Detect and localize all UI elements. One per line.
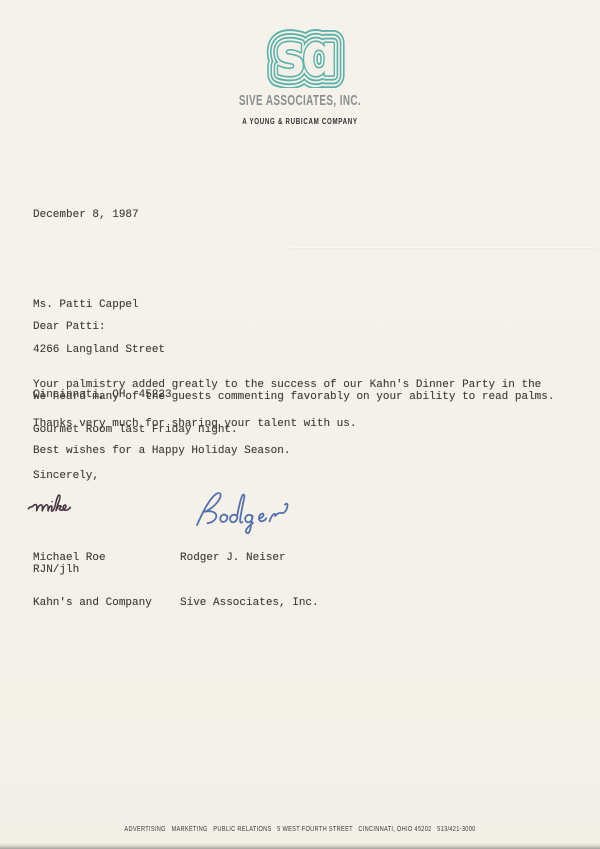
paragraph-2: We heard many of the guests commenting f… [33, 390, 555, 405]
paragraph-4: Best wishes for a Happy Holiday Season. [33, 444, 290, 459]
sive-associates-logo-icon: sɑ sɑ sɑ sɑ sɑ sɑ sɑ sɑ [257, 22, 353, 88]
letter-date: December 8, 1987 [33, 208, 139, 223]
company-kahns: Kahn's and Company [33, 596, 180, 611]
closing: Sincerely, [33, 469, 99, 484]
footer-services-address: ADVERTISING MARKETING PUBLIC RELATIONS 5… [57, 825, 543, 835]
signature-left: Michael Roe Kahn's and Company [33, 521, 180, 641]
typed-name-rodger-neiser: Rodger J. Neiser [180, 551, 380, 566]
company-sive: Sive Associates, Inc. [180, 596, 380, 611]
paper-crease [290, 247, 596, 248]
salutation: Dear Patti: [33, 320, 106, 335]
signature-right: Rodger J. Neiser Sive Associates, Inc. [180, 521, 380, 641]
recipient-name: Ms. Patti Cappel [33, 298, 172, 313]
signature-block: Michael Roe Kahn's and Company Rodger J.… [33, 521, 380, 641]
company-name: SIVE ASSOCIATES, INC. [102, 92, 498, 109]
company-tagline: A YOUNG & RUBICAM COMPANY [69, 117, 531, 126]
reference-initials: RJN/jlh [33, 563, 79, 578]
michael-roe-signature [27, 491, 91, 518]
svg-text:sɑ: sɑ [275, 22, 335, 88]
paragraph-3: Thanks very much for sharing your talent… [33, 417, 356, 432]
letter-page: sɑ sɑ sɑ sɑ sɑ sɑ sɑ sɑ SIVE ASSOCIATES,… [0, 0, 600, 849]
page-bottom-edge [0, 843, 600, 849]
